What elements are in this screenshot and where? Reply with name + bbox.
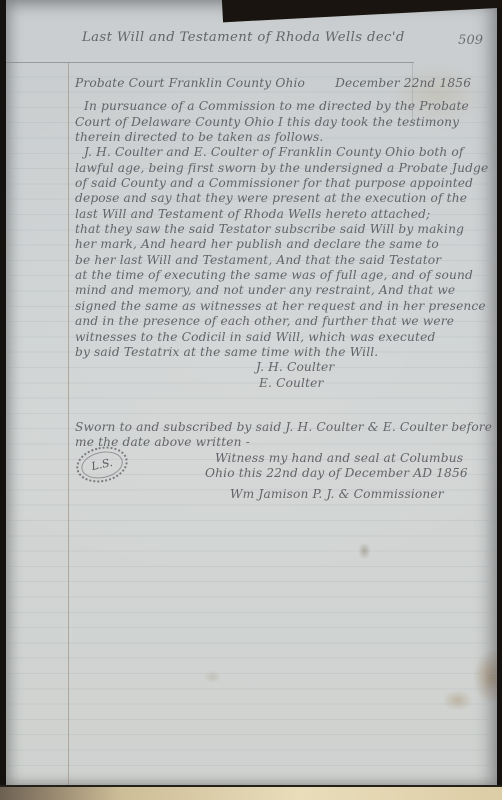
text-line: her mark, And heard her publish and decl… <box>75 237 483 252</box>
court-heading: Probate Court Franklin County Ohio <box>75 76 305 90</box>
closing-line: Witness my hand and seal at Columbus <box>215 451 483 466</box>
text-line: and in the presence of each other, and f… <box>75 314 483 329</box>
next-page-edge <box>0 785 502 800</box>
text-line: J. H. Coulter and E. Coulter of Franklin… <box>75 145 483 160</box>
text-line: therein directed to be taken as follows. <box>75 130 483 145</box>
margin-line <box>68 63 69 787</box>
text-line: that they saw the said Testator subscrib… <box>75 222 483 237</box>
text-line: In pursuance of a Commission to me direc… <box>75 99 483 114</box>
attestation-line: Sworn to and subscribed by said J. H. Co… <box>75 420 483 435</box>
official-signature: Wm Jamison P. J. & Commissioner <box>230 487 483 502</box>
ls-seal-label: L.S. <box>79 447 125 481</box>
text-line: Court of Delaware County Ohio I this day… <box>75 115 483 130</box>
text-line: mind and memory, and not under any restr… <box>75 283 483 298</box>
page-title: Last Will and Testament of Rhoda Wells d… <box>82 30 412 45</box>
document-body: Probate Court Franklin County Ohio Decem… <box>75 76 483 503</box>
attestation-line: me the date above written - <box>75 435 483 450</box>
court-heading-line: Probate Court Franklin County Ohio Decem… <box>75 76 483 91</box>
text-line: be her last Will and Testament, And that… <box>75 253 483 268</box>
witness-signature: J. H. Coulter <box>256 360 483 375</box>
witness-signature: E. Coulter <box>259 376 483 391</box>
text-line: signed the same as witnesses at her requ… <box>75 299 483 314</box>
ledger-photo: Last Will and Testament of Rhoda Wells d… <box>0 0 502 800</box>
ledger-page: Last Will and Testament of Rhoda Wells d… <box>6 0 497 787</box>
page-number: 509 <box>458 33 483 48</box>
text-line: witnesses to the Codicil in said Will, w… <box>75 330 483 345</box>
text-line: by said Testatrix at the same time with … <box>75 345 483 360</box>
text-line: of said County and a Commissioner for th… <box>75 176 483 191</box>
closing-line: Ohio this 22nd day of December AD 1856 <box>205 466 483 481</box>
attestation-block: Sworn to and subscribed by said J. H. Co… <box>75 420 483 451</box>
text-line: last Will and Testament of Rhoda Wells h… <box>75 207 483 222</box>
court-heading-date: December 22nd 1856 <box>335 76 471 91</box>
text-line: at the time of executing the same was of… <box>75 268 483 283</box>
text-line: depose and say that they were present at… <box>75 191 483 206</box>
text-line: lawful age, being first sworn by the und… <box>75 161 483 176</box>
